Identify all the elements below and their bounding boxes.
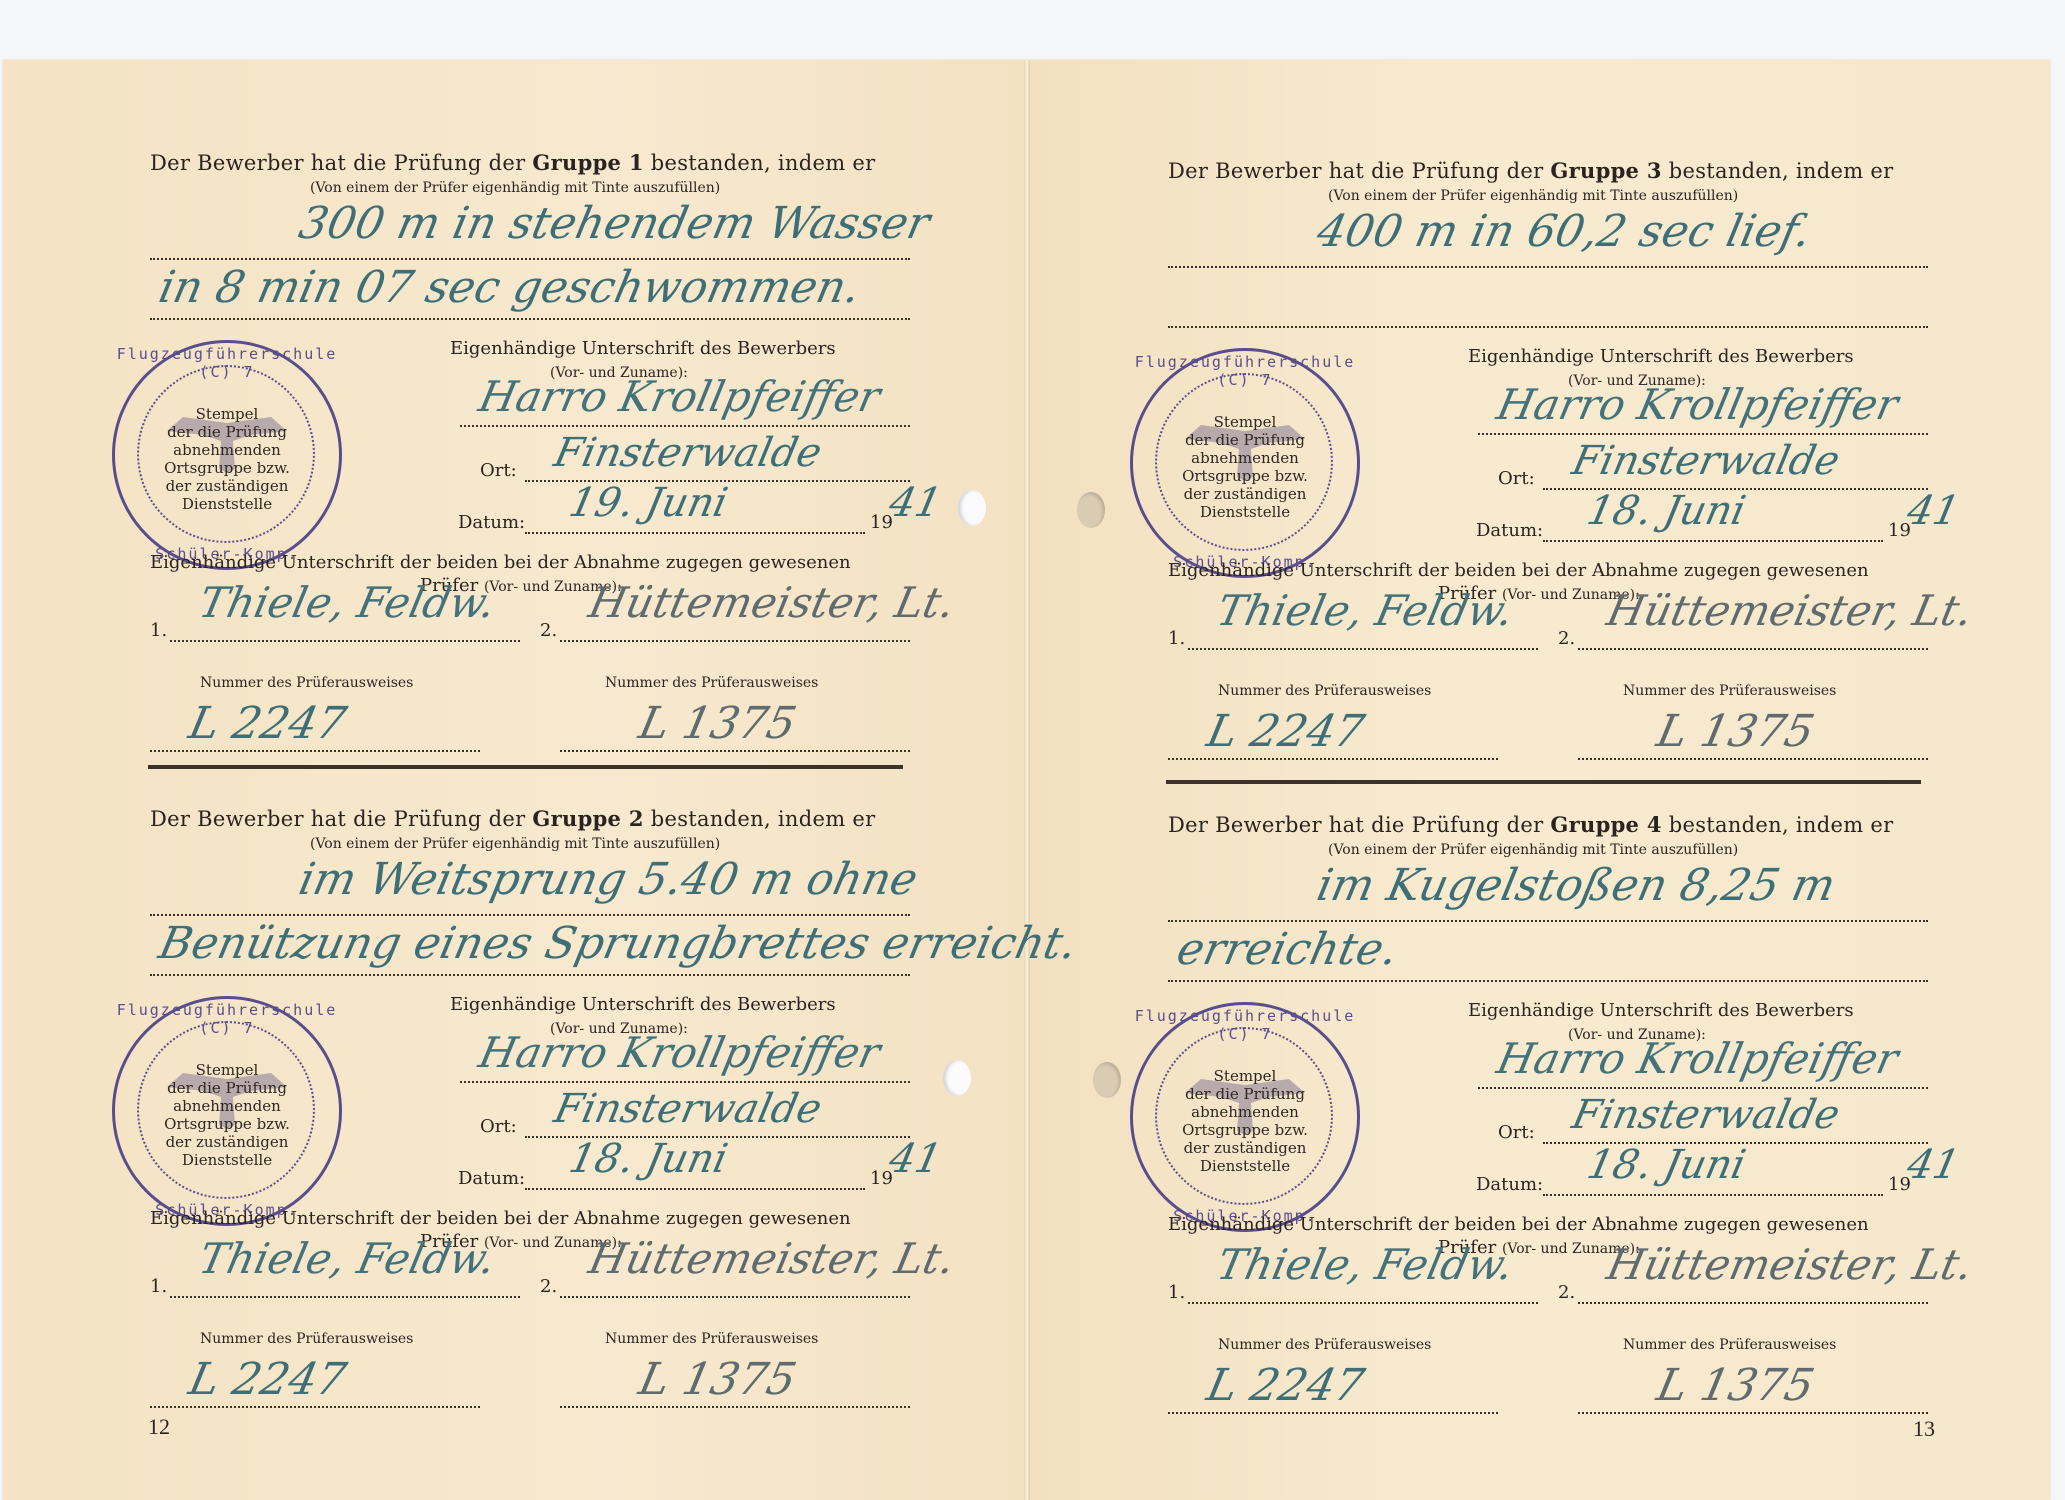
examiner-1-id: L 2247 (185, 1354, 351, 1405)
center-fold (1024, 60, 1030, 1500)
stamp-center-text: Stempelder die PrüfungabnehmendenOrtsgru… (1133, 1067, 1357, 1175)
examiner-1-line[interactable] (1188, 648, 1538, 650)
stamp-line: Stempel (1133, 1067, 1357, 1085)
examiner-1-id-label: Nummer des Prüferausweises (200, 1331, 413, 1347)
applicant-signature-line[interactable] (460, 425, 910, 427)
result-line-1[interactable] (150, 258, 910, 260)
examiners-label: Eigenhändige Unterschrift der beiden bei… (150, 1208, 851, 1229)
year-suffix: 41 (1903, 1142, 1964, 1188)
page-number-left: 12 (148, 1414, 170, 1440)
block-heading: Der Bewerber hat die Prüfung der Gruppe … (150, 150, 875, 175)
result-entry-1: im Kugelstoßen 8,25 m (1313, 860, 1840, 911)
examiner-1-id: L 2247 (1203, 1360, 1369, 1411)
applicant-signature-label: Eigenhändige Unterschrift des Bewerbers (450, 338, 836, 359)
block-subheading: (Von einem der Prüfer eigenhändig mit Ti… (310, 836, 720, 852)
stamp-line: Ortsgruppe bzw. (1133, 1121, 1357, 1139)
stamp-line: abnehmenden (1133, 1103, 1357, 1121)
examiner-2-signature: Hüttemeister, Lt. (1603, 586, 1977, 635)
year-suffix: 41 (885, 1136, 946, 1182)
block-heading: Der Bewerber hat die Prüfung der Gruppe … (1168, 158, 1893, 183)
result-line-2[interactable] (150, 974, 910, 976)
stamp-center-text: Stempelder die PrüfungabnehmendenOrtsgru… (1133, 413, 1357, 521)
examiner-2-id: L 1375 (1653, 1360, 1819, 1411)
block-subheading: (Von einem der Prüfer eigenhändig mit Ti… (1328, 188, 1738, 204)
examiner-2-line[interactable] (1578, 1302, 1928, 1304)
examiner-2-label: 2. (1558, 1282, 1575, 1303)
stamp-center-text: Stempelder die PrüfungabnehmendenOrtsgru… (115, 405, 339, 513)
date-label: Datum: (1476, 520, 1543, 541)
official-stamp: Flugzeugführerschule (C) 7 Schüler-Komp.… (1130, 1002, 1360, 1232)
place-entry: Finsterwalde (550, 1086, 826, 1132)
block-subheading: (Von einem der Prüfer eigenhändig mit Ti… (310, 180, 720, 196)
stamp-line: der zuständigen (115, 1133, 339, 1151)
result-line-1[interactable] (1168, 266, 1928, 268)
stamp-line: der zuständigen (115, 477, 339, 495)
examiner-2-id-line[interactable] (1578, 758, 1928, 760)
examiner-2-id-line[interactable] (560, 1406, 910, 1408)
stamp-line: Dienststelle (115, 495, 339, 513)
date-line[interactable] (1543, 1194, 1883, 1196)
examiner-1-line[interactable] (170, 640, 520, 642)
date-entry: 18. Juni (1583, 488, 1749, 534)
official-stamp: Flugzeugführerschule (C) 7 Schüler-Komp.… (1130, 348, 1360, 578)
examiner-2-id-label: Nummer des Prüferausweises (605, 1331, 818, 1347)
stamp-line: Dienststelle (1133, 503, 1357, 521)
applicant-signature-label: Eigenhändige Unterschrift des Bewerbers (1468, 1000, 1854, 1021)
date-entry: 18. Juni (1583, 1142, 1749, 1188)
stamp-line: der die Prüfung (1133, 431, 1357, 449)
stamp-line: der zuständigen (1133, 485, 1357, 503)
date-label: Datum: (458, 1168, 525, 1189)
stamp-line: abnehmenden (115, 441, 339, 459)
result-entry-2: erreichte. (1173, 924, 1403, 975)
examiner-1-label: 1. (150, 620, 167, 641)
official-stamp: Flugzeugführerschule (C) 7 Schüler-Komp.… (112, 996, 342, 1226)
examiner-2-line[interactable] (560, 640, 910, 642)
date-label: Datum: (1476, 1174, 1543, 1195)
examiner-1-label: 1. (1168, 628, 1185, 649)
examiner-1-signature: Thiele, Feldw. (1213, 586, 1518, 635)
stamp-line: Dienststelle (1133, 1157, 1357, 1175)
result-line-1[interactable] (150, 914, 910, 916)
stamp-line: der die Prüfung (115, 423, 339, 441)
stamp-line: Ortsgruppe bzw. (115, 1115, 339, 1133)
applicant-signature: Harro Krollpfeiffer (475, 372, 885, 421)
examiner-1-signature: Thiele, Feldw. (1213, 1240, 1518, 1289)
date-line[interactable] (525, 532, 865, 534)
block-heading: Der Bewerber hat die Prüfung der Gruppe … (1168, 812, 1893, 837)
examiner-1-line[interactable] (170, 1296, 520, 1298)
stamp-center-text: Stempelder die PrüfungabnehmendenOrtsgru… (115, 1061, 339, 1169)
place-label: Ort: (480, 1116, 517, 1137)
date-entry: 18. Juni (565, 1136, 731, 1182)
block-subheading: (Von einem der Prüfer eigenhändig mit Ti… (1328, 842, 1738, 858)
examiner-1-line[interactable] (1188, 1302, 1538, 1304)
applicant-signature-line[interactable] (460, 1081, 910, 1083)
stamp-line: Ortsgruppe bzw. (115, 459, 339, 477)
applicant-signature-label: Eigenhändige Unterschrift des Bewerbers (1468, 346, 1854, 367)
place-entry: Finsterwalde (1568, 1092, 1844, 1138)
examiner-2-line[interactable] (1578, 648, 1928, 650)
applicant-signature: Harro Krollpfeiffer (475, 1028, 885, 1077)
examiners-label: Eigenhändige Unterschrift der beiden bei… (1168, 1214, 1869, 1235)
examiner-1-id-label: Nummer des Prüferausweises (1218, 1337, 1431, 1353)
examiner-2-id: L 1375 (1653, 706, 1819, 757)
date-label: Datum: (458, 512, 525, 533)
examiner-1-id-label: Nummer des Prüferausweises (200, 675, 413, 691)
applicant-signature-line[interactable] (1478, 1087, 1928, 1089)
examiner-2-id-line[interactable] (560, 750, 910, 752)
stamp-line: Stempel (115, 405, 339, 423)
examiner-2-id-label: Nummer des Prüferausweises (1623, 683, 1836, 699)
result-line-2[interactable] (150, 318, 910, 320)
applicant-signature-line[interactable] (1478, 433, 1928, 435)
applicant-signature: Harro Krollpfeiffer (1493, 380, 1903, 429)
punch-hole (943, 1060, 971, 1096)
examiner-2-id: L 1375 (635, 698, 801, 749)
place-entry: Finsterwalde (550, 430, 826, 476)
page-number-right: 13 (1913, 1416, 1935, 1442)
examiner-1-id: L 2247 (1203, 706, 1369, 757)
examiners-label: Eigenhändige Unterschrift der beiden bei… (1168, 560, 1869, 581)
result-entry-1: 400 m in 60,2 sec lief. (1313, 206, 1816, 257)
section-divider-right (1166, 780, 1921, 784)
examiner-1-signature: Thiele, Feldw. (195, 1234, 500, 1283)
examiner-2-label: 2. (1558, 628, 1575, 649)
examiner-2-label: 2. (540, 620, 557, 641)
examiner-1-id-line[interactable] (1168, 758, 1498, 760)
examiner-2-id-label: Nummer des Prüferausweises (605, 675, 818, 691)
punch-hole (1093, 1062, 1121, 1098)
examiner-1-id-line[interactable] (150, 1406, 480, 1408)
applicant-signature: Harro Krollpfeiffer (1493, 1034, 1903, 1083)
examiner-1-id-line[interactable] (1168, 1412, 1498, 1414)
examiner-2-signature: Hüttemeister, Lt. (585, 578, 959, 627)
place-label: Ort: (1498, 1122, 1535, 1143)
stamp-line: abnehmenden (1133, 449, 1357, 467)
stamp-line: der zuständigen (1133, 1139, 1357, 1157)
result-entry-1: 300 m in stehendem Wasser (295, 198, 935, 249)
examiner-2-label: 2. (540, 1276, 557, 1297)
date-line[interactable] (525, 1188, 865, 1190)
stamp-line: Stempel (1133, 413, 1357, 431)
section-divider-left (148, 765, 903, 769)
year-suffix: 41 (885, 480, 946, 526)
examiner-1-label: 1. (1168, 1282, 1185, 1303)
punch-hole (958, 490, 986, 526)
applicant-signature-label: Eigenhändige Unterschrift des Bewerbers (450, 994, 836, 1015)
date-entry: 19. Juni (565, 480, 731, 526)
stamp-line: der die Prüfung (115, 1079, 339, 1097)
examiner-1-label: 1. (150, 1276, 167, 1297)
date-line[interactable] (1543, 540, 1883, 542)
result-line-2[interactable] (1168, 980, 1928, 982)
examiner-1-id-label: Nummer des Prüferausweises (1218, 683, 1431, 699)
place-label: Ort: (480, 460, 517, 481)
year-suffix: 41 (1903, 488, 1964, 534)
result-line-1[interactable] (1168, 920, 1928, 922)
result-entry-1: im Weitsprung 5.40 m ohne (295, 854, 923, 905)
examiner-2-line[interactable] (560, 1296, 910, 1298)
place-label: Ort: (1498, 468, 1535, 489)
examiner-1-id: L 2247 (185, 698, 351, 749)
examiner-2-id-line[interactable] (1578, 1412, 1928, 1414)
examiner-1-signature: Thiele, Feldw. (195, 578, 500, 627)
stamp-line: Dienststelle (115, 1151, 339, 1169)
examiners-label: Eigenhändige Unterschrift der beiden bei… (150, 552, 851, 573)
punch-hole (1077, 492, 1105, 528)
stamp-line: abnehmenden (115, 1097, 339, 1115)
place-entry: Finsterwalde (1568, 438, 1844, 484)
result-entry-2: Benützung eines Sprungbrettes erreicht. (155, 918, 1082, 969)
block-heading: Der Bewerber hat die Prüfung der Gruppe … (150, 806, 875, 831)
examiner-2-signature: Hüttemeister, Lt. (1603, 1240, 1977, 1289)
examiner-1-id-line[interactable] (150, 750, 480, 752)
result-entry-2: in 8 min 07 sec geschwommen. (155, 262, 865, 313)
examiner-2-id-label: Nummer des Prüferausweises (1623, 1337, 1836, 1353)
examiner-2-signature: Hüttemeister, Lt. (585, 1234, 959, 1283)
stamp-line: der die Prüfung (1133, 1085, 1357, 1103)
stamp-line: Stempel (115, 1061, 339, 1079)
official-stamp: Flugzeugführerschule (C) 7 Schüler-Komp.… (112, 340, 342, 570)
result-line-2[interactable] (1168, 326, 1928, 328)
stamp-line: Ortsgruppe bzw. (1133, 467, 1357, 485)
examiner-2-id: L 1375 (635, 1354, 801, 1405)
